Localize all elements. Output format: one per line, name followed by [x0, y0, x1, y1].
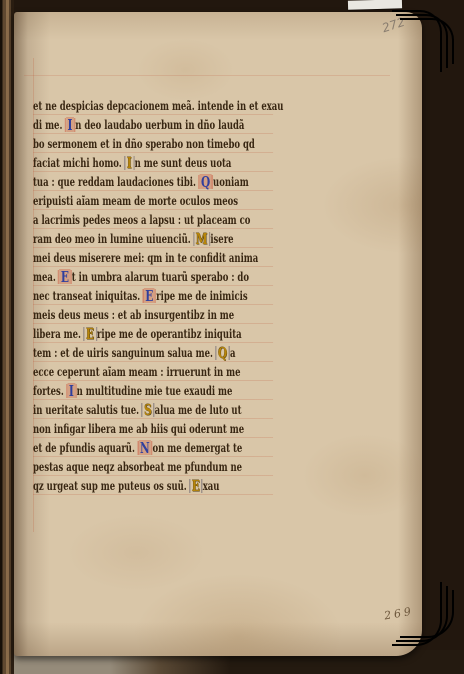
manuscript-text: et de pfundis aquarũ.: [33, 441, 138, 455]
manuscript-text: n deo laudabo uerbum in dño laudã: [75, 118, 244, 132]
illuminated-initial: I: [125, 156, 133, 170]
illuminated-initial: N: [139, 441, 152, 455]
illuminated-initial: S: [143, 403, 153, 417]
manuscript-text: eripuisti aĩam meam de morte oculos meos: [33, 194, 238, 208]
manuscript-line: et de pfundis aquarũ. Non me demergat te: [33, 439, 273, 458]
manuscript-text: ripe me de operantibz iniquita: [97, 327, 242, 341]
manuscript-text: ram deo meo in lumine uiuenciũ.: [33, 232, 194, 246]
manuscript-line: fortes. In multitudine mie tue exaudi me: [33, 382, 273, 401]
manuscript-line: non infigar libera me ab hiis qui oderun…: [33, 420, 273, 439]
ruling-line: [24, 75, 390, 76]
manuscript-text: libera me.: [33, 327, 84, 341]
manuscript-text: meis deus meus : et ab insurgentibz in m…: [33, 308, 234, 322]
manuscript-text: et ne despicias depcacionem meã. intende…: [33, 99, 283, 113]
manuscript-text: pestas aque neqz absorbeat me pfundum ne: [33, 460, 242, 474]
manuscript-text: t in umbra alarum tuarũ sperabo : do: [72, 270, 249, 284]
manuscript-line: mei deus miserere mei: qm in te confidit…: [33, 249, 273, 268]
manuscript-text: on me demergat te: [152, 441, 242, 455]
manuscript-line: tem : et de uiris sanguinum salua me. Qa: [33, 344, 273, 363]
manuscript-line: nec transeat iniquitas. Eripe me de inim…: [33, 287, 273, 306]
manuscript-text: mei deus miserere mei: qm in te confidit…: [33, 251, 258, 265]
manuscript-text: di me.: [33, 118, 65, 132]
manuscript-line: faciat michi homo. In me sunt deus uota: [33, 154, 273, 173]
manuscript-text: n me sunt deus uota: [135, 156, 232, 170]
manuscript-text: a lacrimis pedes meos a lapsu : ut place…: [33, 213, 250, 227]
illuminated-initial: E: [144, 289, 155, 303]
manuscript-text: bo sermonem et in dño sperabo non timebo…: [33, 137, 255, 151]
illuminated-initial: E: [85, 327, 96, 341]
illuminated-initial: M: [194, 232, 209, 246]
illuminated-initial: E: [190, 479, 201, 493]
manuscript-text: ecce ceperunt aĩam meam : irruerunt in m…: [33, 365, 241, 379]
photo-scene: 272 et ne despicias depcacionem meã. int…: [0, 0, 464, 674]
manuscript-text: n multitudine mie tue exaudi me: [77, 384, 233, 398]
manuscript-line: meis deus meus : et ab insurgentibz in m…: [33, 306, 273, 325]
manuscript-line: ram deo meo in lumine uiuenciũ. Misere: [33, 230, 273, 249]
manuscript-line: eripuisti aĩam meam de morte oculos meos: [33, 192, 273, 211]
illuminated-initial: E: [59, 270, 70, 284]
illuminated-initial: I: [66, 118, 74, 132]
illuminated-initial: Q: [200, 175, 212, 189]
page-curl-bottom-right: [400, 590, 454, 638]
manuscript-text: in ueritate salutis tue.: [33, 403, 142, 417]
text-block: et ne despicias depcacionem meã. intende…: [33, 97, 273, 496]
manuscript-text: faciat michi homo.: [33, 156, 125, 170]
manuscript-page: 272 et ne despicias depcacionem meã. int…: [14, 12, 422, 656]
manuscript-line: mea. Et in umbra alarum tuarũ sperabo : …: [33, 268, 273, 287]
manuscript-line: di me. In deo laudabo uerbum in dño laud…: [33, 116, 273, 135]
manuscript-text: tem : et de uiris sanguinum salua me.: [33, 346, 216, 360]
manuscript-text: qz urgeat sup me puteus os suũ.: [33, 479, 190, 493]
manuscript-text: uoniam: [213, 175, 249, 189]
illuminated-initial: Q: [217, 346, 229, 360]
manuscript-line: pestas aque neqz absorbeat me pfundum ne: [33, 458, 273, 477]
manuscript-text: a: [230, 346, 235, 360]
manuscript-text: ripe me de inimicis: [156, 289, 247, 303]
manuscript-line: a lacrimis pedes meos a lapsu : ut place…: [33, 211, 273, 230]
manuscript-text: non infigar libera me ab hiis qui oderun…: [33, 422, 244, 436]
manuscript-text: mea.: [33, 270, 59, 284]
paper-slip: [348, 0, 402, 10]
book-cover-edge: [0, 0, 14, 674]
manuscript-line: in ueritate salutis tue. Salua me de lut…: [33, 401, 273, 420]
illuminated-initial: I: [67, 384, 75, 398]
manuscript-text: tua : que reddam laudaciones tibi.: [33, 175, 199, 189]
manuscript-line: tua : que reddam laudaciones tibi. Quoni…: [33, 173, 273, 192]
manuscript-line: bo sermonem et in dño sperabo non timebo…: [33, 135, 273, 154]
manuscript-text: xau: [203, 479, 220, 493]
manuscript-text: nec transeat iniquitas.: [33, 289, 143, 303]
manuscript-line: libera me. Eripe me de operantibz iniqui…: [33, 325, 273, 344]
manuscript-line: ecce ceperunt aĩam meam : irruerunt in m…: [33, 363, 273, 382]
manuscript-text: isere: [210, 232, 233, 246]
manuscript-line: qz urgeat sup me puteus os suũ. Exau: [33, 477, 273, 496]
manuscript-text: fortes.: [33, 384, 67, 398]
manuscript-line: et ne despicias depcacionem meã. intende…: [33, 97, 273, 116]
manuscript-text: alua me de luto ut: [155, 403, 242, 417]
page-curl-top-right: [400, 18, 454, 64]
